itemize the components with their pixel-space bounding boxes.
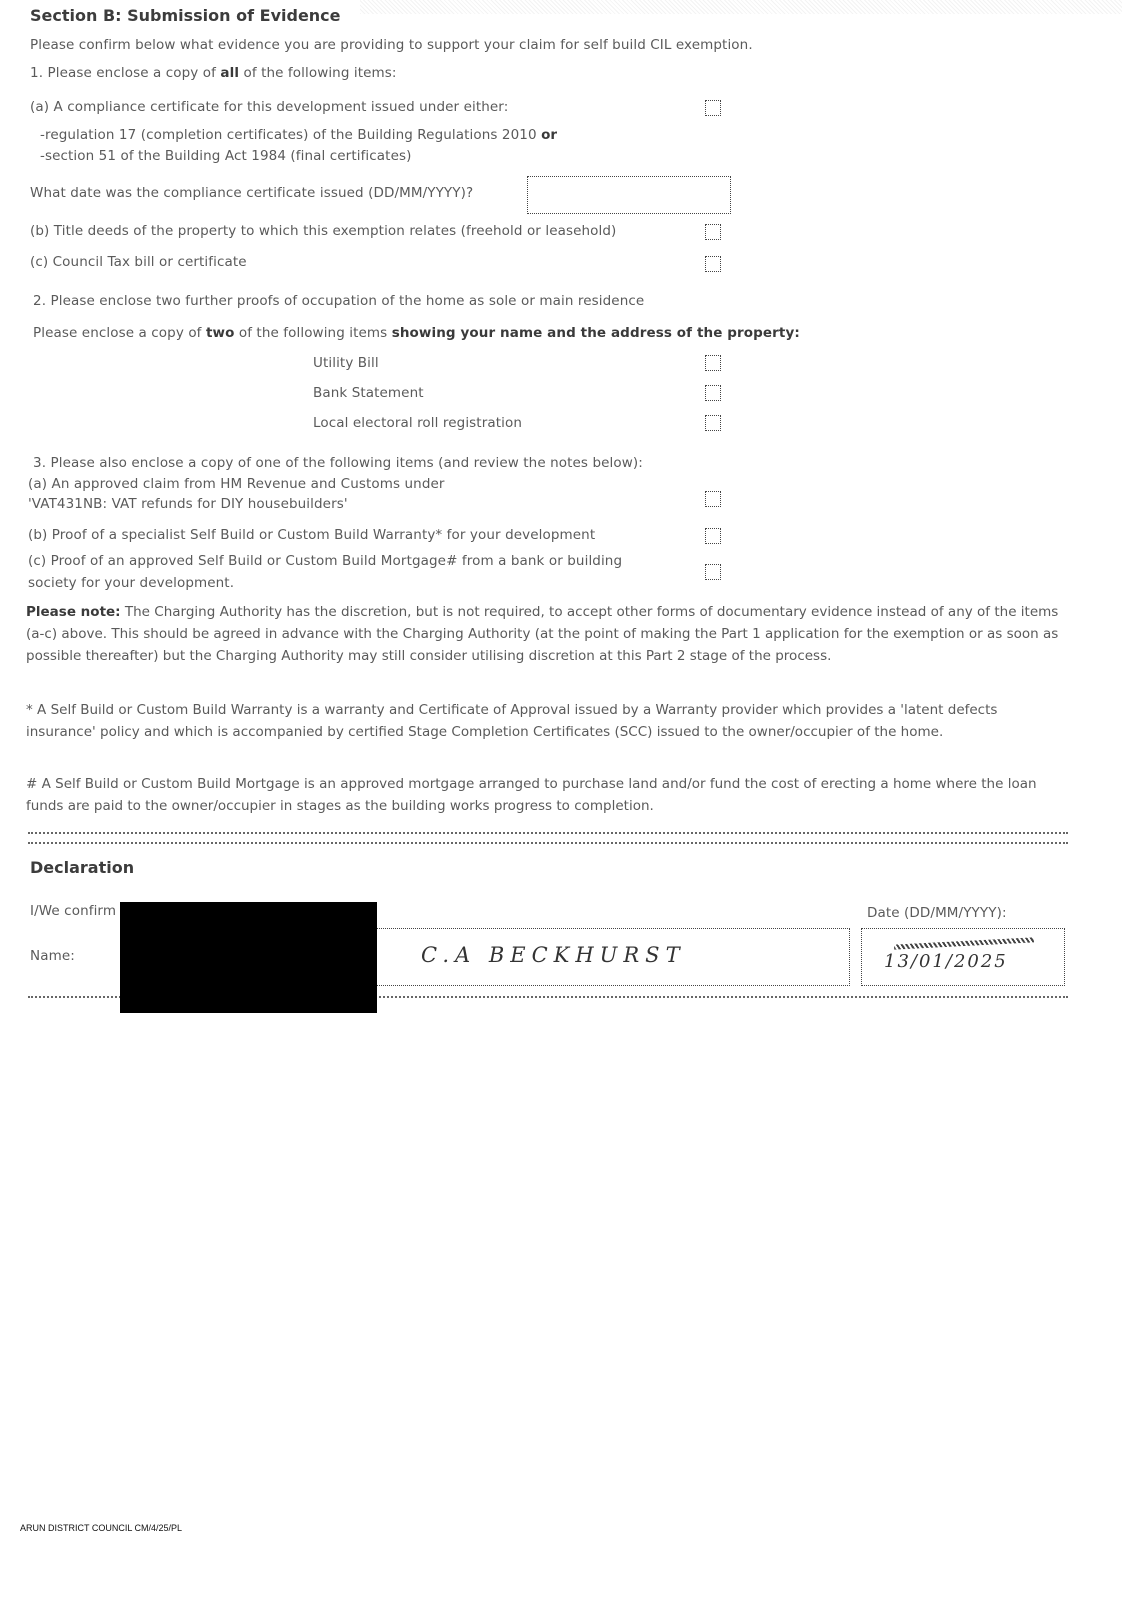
part3-item-c-line2: society for your development.	[28, 575, 234, 591]
footer-reference: ARUN DISTRICT COUNCIL CM/4/25/PL	[20, 1523, 182, 1533]
declaration-date-value: 13/01/2025	[884, 951, 1008, 972]
warranty-note: * A Self Build or Custom Build Warranty …	[26, 699, 1056, 743]
part3-item-b: (b) Proof of a specialist Self Build or …	[28, 527, 595, 543]
part3-item-a-line1: (a) An approved claim from HM Revenue an…	[28, 476, 445, 492]
redaction-block	[120, 902, 377, 1013]
name-value: C.A BECKHURST	[421, 943, 686, 967]
declaration-title: Declaration	[30, 858, 134, 877]
name-field[interactable]: C.A BECKHURST	[376, 928, 850, 986]
part2-sub-bold: showing your name and the address of the…	[392, 325, 800, 341]
mortgage-note: # A Self Build or Custom Build Mortgage …	[26, 773, 1056, 817]
name-label: Name:	[30, 948, 75, 964]
part3-item-a-line2: 'VAT431NB: VAT refunds for DIY housebuil…	[28, 496, 348, 512]
part1-heading-bold: all	[220, 65, 239, 81]
item-b-checkbox[interactable]	[705, 224, 721, 240]
item-a-label: (a) A compliance certificate for this de…	[30, 99, 508, 115]
item-a-sub1-text: -regulation 17 (completion certificates)…	[40, 127, 541, 143]
part2-subheading: Please enclose a copy of two of the foll…	[33, 325, 800, 341]
utility-bill-checkbox[interactable]	[705, 355, 721, 371]
section-intro: Please confirm below what evidence you a…	[30, 37, 753, 53]
please-note: Please note: The Charging Authority has …	[26, 601, 1076, 667]
mortgage-checkbox[interactable]	[705, 564, 721, 580]
part3-heading: 3. Please also enclose a copy of one of …	[33, 455, 643, 471]
item-a-checkbox[interactable]	[705, 100, 721, 116]
bank-statement-label: Bank Statement	[313, 385, 424, 401]
bank-statement-checkbox[interactable]	[705, 385, 721, 401]
section-title: Section B: Submission of Evidence	[30, 6, 341, 25]
declaration-confirm-text: I/We confirm	[30, 903, 116, 919]
electoral-roll-checkbox[interactable]	[705, 415, 721, 431]
hmrc-claim-checkbox[interactable]	[705, 491, 721, 507]
part2-sub-mid: of the following items	[234, 325, 391, 341]
part1-heading: 1. Please enclose a copy of all of the f…	[30, 65, 397, 81]
declaration-date-field[interactable]: 13/01/2025	[861, 928, 1065, 986]
item-a-sub1: -regulation 17 (completion certificates)…	[40, 127, 557, 143]
item-c-label: (c) Council Tax bill or certificate	[30, 254, 247, 270]
item-a-sub1-or: or	[541, 127, 557, 143]
section-divider-bottom	[28, 842, 1068, 844]
part2-sub-pre: Please enclose a copy of	[33, 325, 206, 341]
item-b-label: (b) Title deeds of the property to which…	[30, 223, 616, 239]
crossed-out-date-scribble	[894, 937, 1034, 949]
utility-bill-label: Utility Bill	[313, 355, 379, 371]
section-divider-top	[28, 832, 1068, 834]
item-a-sub2: -section 51 of the Building Act 1984 (fi…	[40, 148, 411, 164]
date-question: What date was the compliance certificate…	[30, 185, 473, 201]
part3-item-c-line1: (c) Proof of an approved Self Build or C…	[28, 553, 622, 569]
part1-heading-post: of the following items:	[239, 65, 397, 81]
part2-heading: 2. Please enclose two further proofs of …	[33, 293, 644, 309]
item-c-checkbox[interactable]	[705, 256, 721, 272]
part1-heading-pre: 1. Please enclose a copy of	[30, 65, 220, 81]
part2-sub-two: two	[206, 325, 235, 341]
electoral-roll-label: Local electoral roll registration	[313, 415, 522, 431]
warranty-checkbox[interactable]	[705, 528, 721, 544]
compliance-date-field[interactable]	[527, 176, 731, 214]
please-note-label: Please note:	[26, 604, 121, 620]
date-label: Date (DD/MM/YYYY):	[867, 905, 1007, 921]
please-note-text: The Charging Authority has the discretio…	[26, 604, 1058, 664]
scan-artifact	[360, 0, 1122, 14]
